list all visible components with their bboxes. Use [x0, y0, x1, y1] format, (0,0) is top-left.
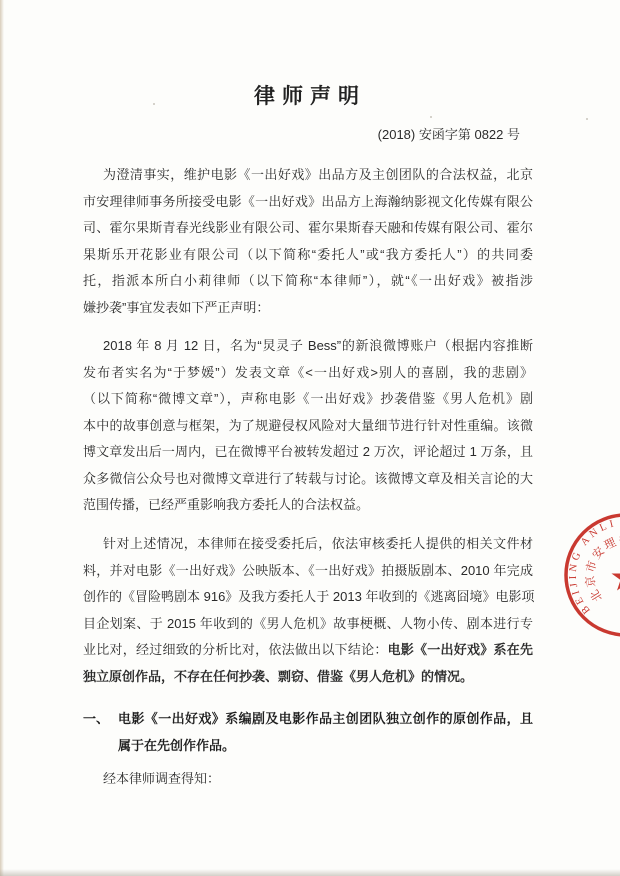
heading-number-marker: 一、 [83, 706, 109, 733]
scanned-legal-document-page: 律师声明 (2018) 安函字第 0822 号 为澄清事实，维护电影《一出好戏》… [0, 0, 620, 876]
paragraph-commission: 为澄清事实，维护电影《一出好戏》出品方及主创团队的合法权益，北京市安理律师事务所… [83, 162, 533, 321]
text-line: 料，并对电影《一出好戏》公映版本、《一出好戏》拍摄版剧本、2010 年完成 [83, 558, 533, 585]
seal-star-icon [612, 563, 620, 591]
text-line: 范围传播，已经严重影响我方委托人的合法权益。 [83, 492, 533, 519]
closing-line: 经本律师调查得知： [83, 766, 553, 793]
text-line: 博文章发出后一周内，已在微博平台被转发超过 2 万次，评论超过 1 万条，且 [83, 439, 533, 466]
text-line: 本中的故事创意与框架，为了规避侵权风险对大量细节进行针对性重编。该微 [83, 413, 533, 440]
text-line: 托，指派本所白小莉律师（以下简称“本律师”），就“《一出好戏》被指涉 [83, 268, 533, 295]
text-line: 业比对，经过细致的分析比对，依法做出以下结论：电影《一出好戏》系在先 [83, 637, 533, 664]
text-line: 独立原创作品，不存在任何抄袭、剽窃、借鉴《男人危机》的情况。 [83, 664, 533, 691]
document-reference-number: (2018) 安函字第 0822 号 [83, 124, 520, 143]
text-line: 果斯乐开花影业有限公司（以下简称“委托人”或“我方委托人”）的共同委 [83, 242, 533, 269]
text-line: 嫌抄袭”事宜发表如下严正声明： [83, 295, 533, 322]
text-line: 电影《一出好戏》系编剧及电影作品主创团队独立创作的原创作品，且 [83, 706, 533, 733]
text-line: 针对上述情况，本律师在接受委托后，依法审核委托人提供的相关文件材 [83, 531, 533, 558]
document-title: 律师声明 [0, 80, 620, 110]
paragraph-comparison-conclusion: 针对上述情况，本律师在接受委托后，依法审核委托人提供的相关文件材料，并对电影《一… [83, 531, 533, 690]
text-line: 目企划案、于 2015 年收到的《男人危机》故事梗概、人物小传、剧本进行专 [83, 611, 533, 638]
text-line: 发布者实名为“于梦媛”）发表文章《<一出好戏>别人的喜剧，我的悲剧》 [83, 360, 533, 387]
text-line: 属于在先创作作品。 [83, 733, 533, 760]
law-firm-red-seal: BEIJING ANLI LAW OFFICES 北京市安理律师事务所 [563, 512, 620, 638]
text-line: （以下简称“微博文章”），声称电影《一出好戏》抄袭借鉴《男人危机》剧 [83, 386, 533, 413]
text-line: 2018 年 8 月 12 日，名为“炅灵子 Bess”的新浪微博账户（根据内容… [83, 333, 533, 360]
paragraph-weibo-accusation: 2018 年 8 月 12 日，名为“炅灵子 Bess”的新浪微博账户（根据内容… [83, 333, 533, 519]
section-heading-one: 一、电影《一出好戏》系编剧及电影作品主创团队独立创作的原创作品，且属于在先创作作… [83, 706, 533, 759]
scan-edge-artifact-left [0, 0, 4, 876]
text-line: 创作的《冒险鸭剧本 916》及我方委托人于 2013 年收到的《逃离囧境》电影项 [83, 584, 533, 611]
scan-edge-artifact-bottom [0, 869, 620, 876]
text-line: 司、霍尔果斯青春光线影业有限公司、霍尔果斯春天融和传媒有限公司、霍尔 [83, 215, 533, 242]
scan-speck [586, 118, 588, 120]
scan-speck [430, 116, 432, 118]
text-line: 市安理律师事务所接受电影《一出好戏》出品方上海瀚纳影视文化传媒有限公 [83, 189, 533, 216]
text-line: 为澄清事实，维护电影《一出好戏》出品方及主创团队的合法权益，北京 [83, 162, 533, 189]
text-line: 众多微信公众号也对微博文章进行了转载与讨论。该微博文章及相关言论的大 [83, 466, 533, 493]
